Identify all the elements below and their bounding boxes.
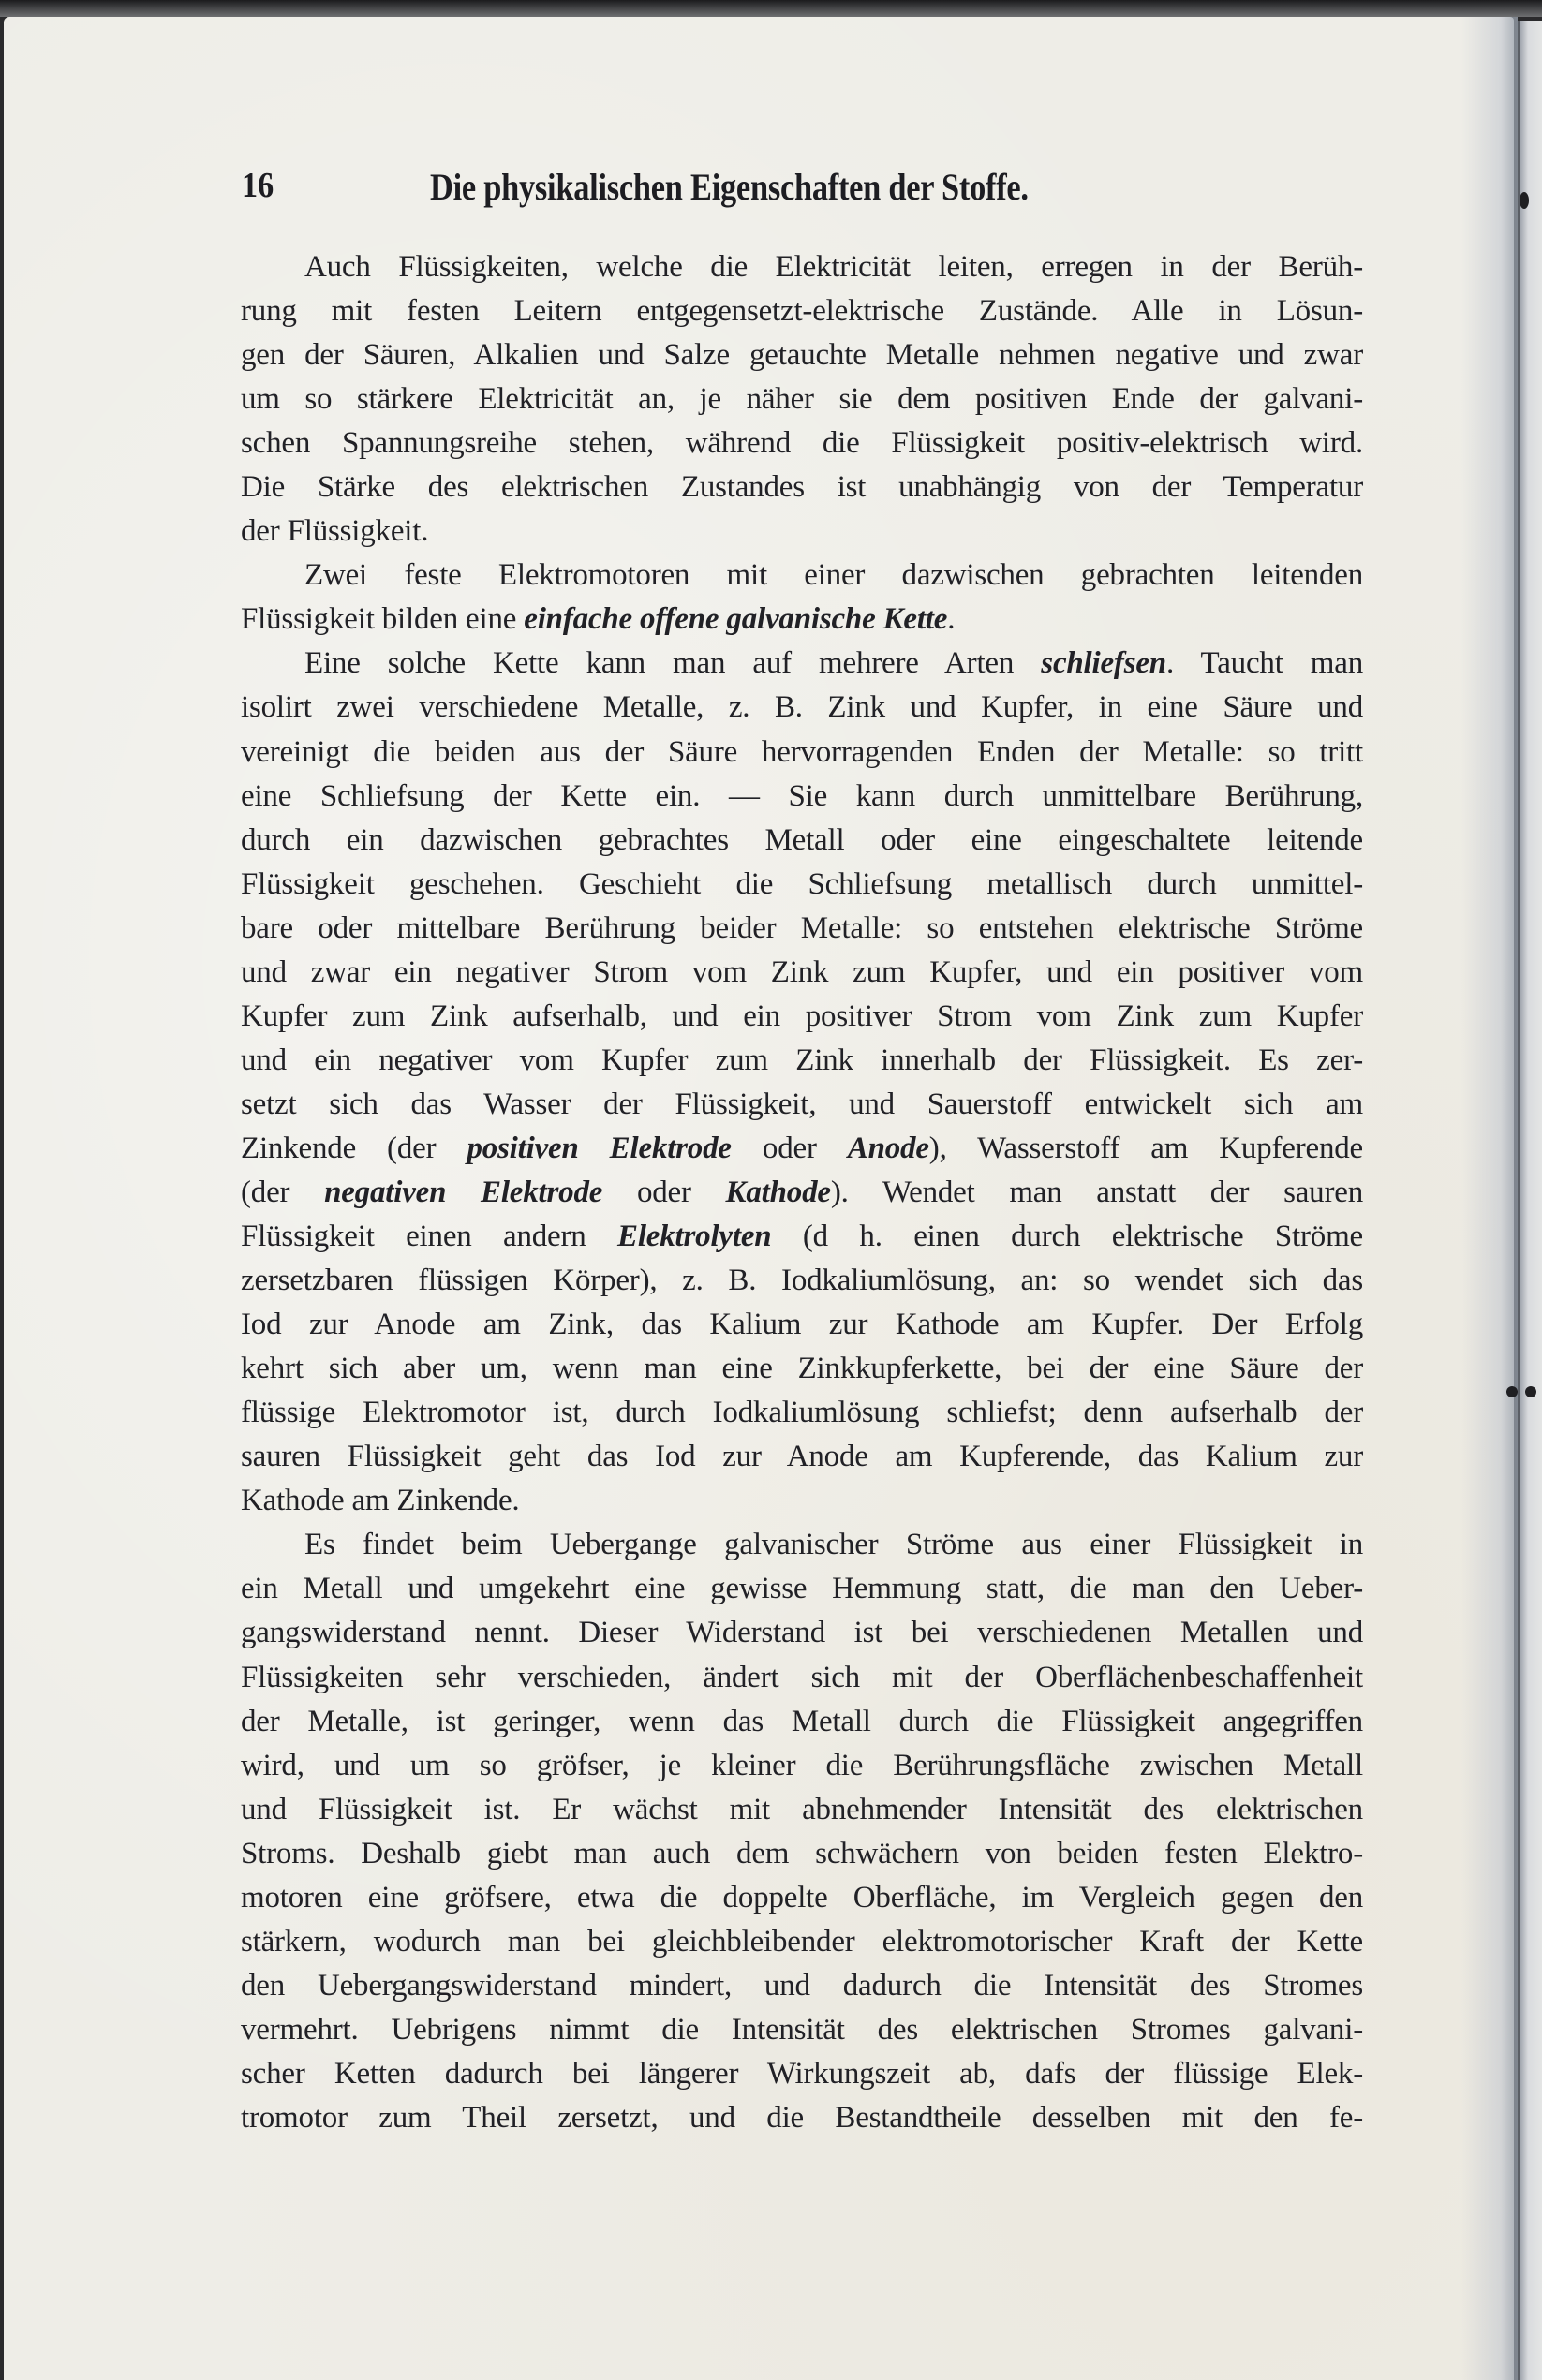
text-line: Die Stärke des elektrischen Zustandes is… — [241, 466, 1363, 510]
text-run: Kupfer zum Zink aufserhalb, und ein posi… — [241, 999, 1363, 1033]
text-line: setzt sich das Wasser der Flüssigkeit, u… — [241, 1083, 1363, 1127]
text-run: ein Metall und umgekehrt eine gewisse He… — [241, 1572, 1363, 1605]
text-line: Zinkende (der positiven Elektrode oder A… — [241, 1127, 1363, 1171]
text-line: kehrt sich aber um, wenn man eine Zinkku… — [241, 1347, 1363, 1391]
text-run: durch ein dazwischen gebrachtes Metall o… — [241, 823, 1363, 857]
text-run: setzt sich das Wasser der Flüssigkeit, u… — [241, 1087, 1363, 1121]
text-line: gen der Säuren, Alkalien und Salze getau… — [241, 333, 1363, 377]
text-run: bare oder mittelbare Berührung beider Me… — [241, 911, 1363, 945]
text-line: zersetzbaren flüssigen Körper), z. B. Io… — [241, 1259, 1363, 1303]
text-run: Kathode am Zinkende. — [241, 1484, 519, 1517]
text-run: schen Spannungsreihe stehen, während die… — [241, 426, 1363, 460]
text-run: (d h. einen durch elektrische Ströme — [771, 1220, 1363, 1253]
text-run: Die Stärke des elektrischen Zustandes is… — [241, 470, 1363, 504]
text-run: gangswiderstand nennt. Dieser Widerstand… — [241, 1616, 1363, 1649]
text-line: flüssige Elektromotor ist, durch Iodkali… — [241, 1391, 1363, 1435]
paragraph: Auch Flüssigkeiten, welche die Elektrici… — [241, 245, 1363, 554]
text-line: wird, und um so gröfser, je kleiner die … — [241, 1744, 1363, 1788]
text-run: . — [947, 602, 955, 636]
text-run: zersetzbaren flüssigen Körper), z. B. Io… — [241, 1264, 1363, 1297]
emphasized-term: negativen Elektrode — [324, 1175, 602, 1209]
text-run: stärkern, wodurch man bei gleichbleibend… — [241, 1925, 1363, 1959]
text-line: Flüssigkeit einen andern Elektrolyten (d… — [241, 1215, 1363, 1259]
text-line: Stroms. Deshalb giebt man auch dem schwä… — [241, 1832, 1363, 1876]
text-line: bare oder mittelbare Berührung beider Me… — [241, 907, 1363, 951]
text-run: tromotor zum Theil zersetzt, und die Bes… — [241, 2101, 1363, 2135]
running-head: 16 Die physikalischen Eigenschaften der … — [242, 165, 1366, 210]
text-line: Kupfer zum Zink aufserhalb, und ein posi… — [241, 995, 1363, 1039]
text-line: Kathode am Zinkende. — [241, 1479, 1363, 1523]
emphasized-term: Kathode — [726, 1175, 831, 1209]
text-line: der Metalle, ist geringer, wenn das Meta… — [241, 1700, 1363, 1744]
text-run: wird, und um so gröfser, je kleiner die … — [241, 1749, 1363, 1782]
emphasized-term: einfache offene galvanische Kette — [524, 602, 947, 636]
text-line: isolirt zwei verschiedene Metalle, z. B.… — [241, 686, 1363, 730]
binding-hole-icon — [1525, 1386, 1536, 1397]
text-run: gen der Säuren, Alkalien und Salze getau… — [241, 338, 1363, 372]
paragraph: Eine solche Kette kann man auf mehrere A… — [241, 642, 1363, 1523]
text-run: den Uebergangswiderstand mindert, und da… — [241, 1969, 1363, 2003]
text-run: sauren Flüssigkeit geht das Iod zur Anod… — [241, 1440, 1363, 1473]
text-run: Eine solche Kette kann man auf mehrere A… — [304, 646, 1041, 680]
text-line: schen Spannungsreihe stehen, während die… — [241, 421, 1363, 466]
text-line: durch ein dazwischen gebrachtes Metall o… — [241, 819, 1363, 863]
paragraph: Es findet beim Uebergange galvanischer S… — [241, 1523, 1363, 2140]
page-number: 16 — [242, 165, 274, 206]
text-line: (der negativen Elektrode oder Kathode). … — [241, 1171, 1363, 1215]
text-run: eine Schliefsung der Kette ein. — Sie ka… — [241, 779, 1363, 813]
body-text: Auch Flüssigkeiten, welche die Elektrici… — [241, 245, 1363, 2140]
text-line: gangswiderstand nennt. Dieser Widerstand… — [241, 1611, 1363, 1655]
text-run: Flüssigkeit geschehen. Geschieht die Sch… — [241, 867, 1363, 901]
text-line: den Uebergangswiderstand mindert, und da… — [241, 1964, 1363, 2008]
emphasized-term: positiven Elektrode — [467, 1131, 731, 1165]
text-line: motoren eine gröfsere, etwa die doppelte… — [241, 1876, 1363, 1920]
text-line: und ein negativer vom Kupfer zum Zink in… — [241, 1039, 1363, 1083]
scan-top-edge — [0, 0, 1542, 17]
text-line: Eine solche Kette kann man auf mehrere A… — [241, 642, 1363, 686]
text-run: und Flüssigkeit ist. Er wächst mit abneh… — [241, 1793, 1363, 1826]
text-line: eine Schliefsung der Kette ein. — Sie ka… — [241, 775, 1363, 819]
text-run: Flüssigkeit bilden eine — [241, 602, 524, 636]
text-run: isolirt zwei verschiedene Metalle, z. B.… — [241, 690, 1363, 724]
text-run: um so stärkere Elektricität an, je näher… — [241, 382, 1363, 416]
text-run: der Flüssigkeit. — [241, 514, 428, 548]
text-line: sauren Flüssigkeit geht das Iod zur Anod… — [241, 1435, 1363, 1479]
text-run: (der — [241, 1175, 324, 1209]
emphasized-term: schliefsen — [1041, 646, 1166, 680]
text-line: der Flüssigkeit. — [241, 510, 1363, 554]
paragraph: Zwei feste Elektromotoren mit einer dazw… — [241, 554, 1363, 642]
text-run: Zwei feste Elektromotoren mit einer dazw… — [304, 558, 1363, 592]
text-line: Flüssigkeit bilden eine einfache offene … — [241, 598, 1363, 642]
text-line: Flüssigkeiten sehr verschieden, ändert s… — [241, 1656, 1363, 1700]
text-run: flüssige Elektromotor ist, durch Iodkali… — [241, 1396, 1363, 1429]
text-run: scher Ketten dadurch bei längerer Wirkun… — [241, 2057, 1363, 2091]
text-run: vereinigt die beiden aus der Säure hervo… — [241, 735, 1363, 769]
text-run: vermehrt. Uebrigens nimmt die Intensität… — [241, 2013, 1363, 2047]
text-run: ), Wasserstoff am Kupferende — [929, 1131, 1363, 1165]
text-run: motoren eine gröfsere, etwa die doppelte… — [241, 1881, 1363, 1914]
text-run: kehrt sich aber um, wenn man eine Zinkku… — [241, 1352, 1363, 1385]
text-run: Zinkende (der — [241, 1131, 467, 1165]
text-run: Iod zur Anode am Zink, das Kalium zur Ka… — [241, 1308, 1363, 1341]
text-line: Flüssigkeit geschehen. Geschieht die Sch… — [241, 863, 1363, 907]
running-title: Die physikalischen Eigenschaften der Sto… — [430, 165, 1029, 209]
text-line: Zwei feste Elektromotoren mit einer dazw… — [241, 554, 1363, 598]
text-run: und zwar ein negativer Strom vom Zink zu… — [241, 955, 1363, 989]
text-line: rung mit festen Leitern entgegensetzt-el… — [241, 289, 1363, 333]
text-run: oder — [602, 1175, 725, 1209]
text-run: der Metalle, ist geringer, wenn das Meta… — [241, 1705, 1363, 1738]
text-run: Stroms. Deshalb giebt man auch dem schwä… — [241, 1837, 1363, 1870]
text-line: Auch Flüssigkeiten, welche die Elektrici… — [241, 245, 1363, 289]
adjacent-page-edge — [1518, 21, 1542, 2380]
text-line: ein Metall und umgekehrt eine gewisse He… — [241, 1567, 1363, 1611]
text-run: rung mit festen Leitern entgegensetzt-el… — [241, 294, 1363, 328]
binding-hole-icon — [1506, 1386, 1518, 1397]
text-run: ). Wendet man anstatt der sauren — [831, 1175, 1363, 1209]
text-run: . Taucht man — [1166, 646, 1363, 680]
text-run: oder — [732, 1131, 848, 1165]
spine-shadow — [1461, 17, 1518, 2380]
text-run: Es findet beim Uebergange galvanischer S… — [304, 1528, 1363, 1561]
text-line: und Flüssigkeit ist. Er wächst mit abneh… — [241, 1788, 1363, 1832]
emphasized-term: Anode — [848, 1131, 929, 1165]
text-line: scher Ketten dadurch bei längerer Wirkun… — [241, 2052, 1363, 2096]
text-line: Es findet beim Uebergange galvanischer S… — [241, 1523, 1363, 1567]
text-run: und ein negativer vom Kupfer zum Zink in… — [241, 1043, 1363, 1077]
text-line: tromotor zum Theil zersetzt, und die Bes… — [241, 2096, 1363, 2140]
text-run: Flüssigkeiten sehr verschieden, ändert s… — [241, 1661, 1363, 1694]
text-run: Flüssigkeit einen andern — [241, 1220, 617, 1253]
emphasized-term: Elektrolyten — [617, 1220, 771, 1253]
text-line: stärkern, wodurch man bei gleichbleibend… — [241, 1920, 1363, 1964]
text-run: Auch Flüssigkeiten, welche die Elektrici… — [304, 250, 1363, 284]
text-line: und zwar ein negativer Strom vom Zink zu… — [241, 951, 1363, 995]
text-line: vermehrt. Uebrigens nimmt die Intensität… — [241, 2008, 1363, 2052]
text-line: um so stärkere Elektricität an, je näher… — [241, 377, 1363, 421]
binding-hole-icon — [1520, 192, 1529, 209]
text-line: Iod zur Anode am Zink, das Kalium zur Ka… — [241, 1303, 1363, 1347]
text-line: vereinigt die beiden aus der Säure hervo… — [241, 731, 1363, 775]
